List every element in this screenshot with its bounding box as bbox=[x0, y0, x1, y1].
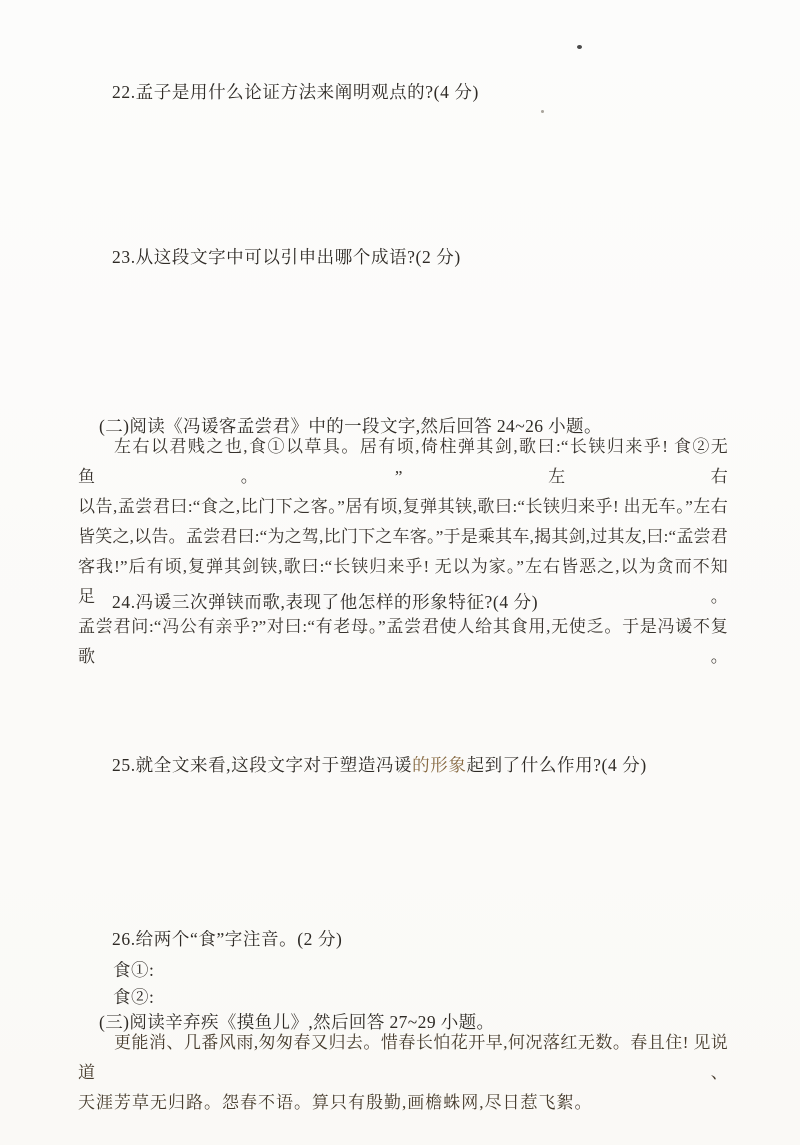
answer-blank-shi-2: 食②: bbox=[113, 984, 154, 1009]
passage-line: 皆笑之,以告。孟尝君曰:“为之驾,比门下之车客。”于是乘其车,揭其剑,过其友,曰… bbox=[78, 522, 728, 552]
passage-line: 孟尝君问:“冯公有亲乎?”对曰:“有老母。”孟尝君使人给其食用,无使乏。于是冯谖… bbox=[78, 612, 728, 672]
question-24: 24.冯谖三次弹铗而歌,表现了他怎样的形象特征?(4 分) bbox=[112, 589, 538, 614]
question-23: 23.从这段文字中可以引申出哪个成语?(2 分) bbox=[112, 244, 461, 269]
poem-line: 更能消、几番风雨,匆匆春又归去。惜春长怕花开早,何况落红无数。春且住! 见说道、 bbox=[78, 1028, 728, 1088]
passage-line: 左右以君贱之也,食①以草具。居有顷,倚柱弹其剑,歌曰:“长铗归来乎! 食②无鱼。… bbox=[78, 432, 728, 492]
question-25-text: 起到了什么作用?(4 分) bbox=[466, 755, 646, 775]
question-26: 26.给两个“食”字注音。(2 分) bbox=[112, 926, 343, 951]
exam-page: 22.孟子是用什么论证方法来阐明观点的?(4 分) 23.从这段文字中可以引申出… bbox=[0, 0, 800, 1145]
poem-mo-yu-er: 更能消、几番风雨,匆匆春又归去。惜春长怕花开早,何况落红无数。春且住! 见说道、… bbox=[78, 1028, 728, 1118]
question-25-text: 25.就全文来看,这段文字对于塑造冯谖 bbox=[112, 755, 412, 775]
passage-feng-xuan: 左右以君贱之也,食①以草具。居有顷,倚柱弹其剑,歌曰:“长铗归来乎! 食②无鱼。… bbox=[78, 432, 728, 672]
question-22: 22.孟子是用什么论证方法来阐明观点的?(4 分) bbox=[112, 79, 479, 104]
question-25-tinted-text: 的形象 bbox=[412, 755, 466, 775]
answer-blank-shi-1: 食①: bbox=[113, 957, 154, 982]
poem-line: 天涯芳草无归路。怨春不语。算只有殷勤,画檐蛛网,尽日惹飞絮。 bbox=[78, 1088, 728, 1118]
scan-speck bbox=[541, 110, 544, 113]
passage-line: 以告,孟尝君曰:“食之,比门下之客。”居有顷,复弹其铗,歌曰:“长铗归来乎! 出… bbox=[78, 492, 728, 522]
scan-speck bbox=[577, 45, 582, 49]
question-25: 25.就全文来看,这段文字对于塑造冯谖的形象起到了什么作用?(4 分) bbox=[112, 752, 647, 777]
